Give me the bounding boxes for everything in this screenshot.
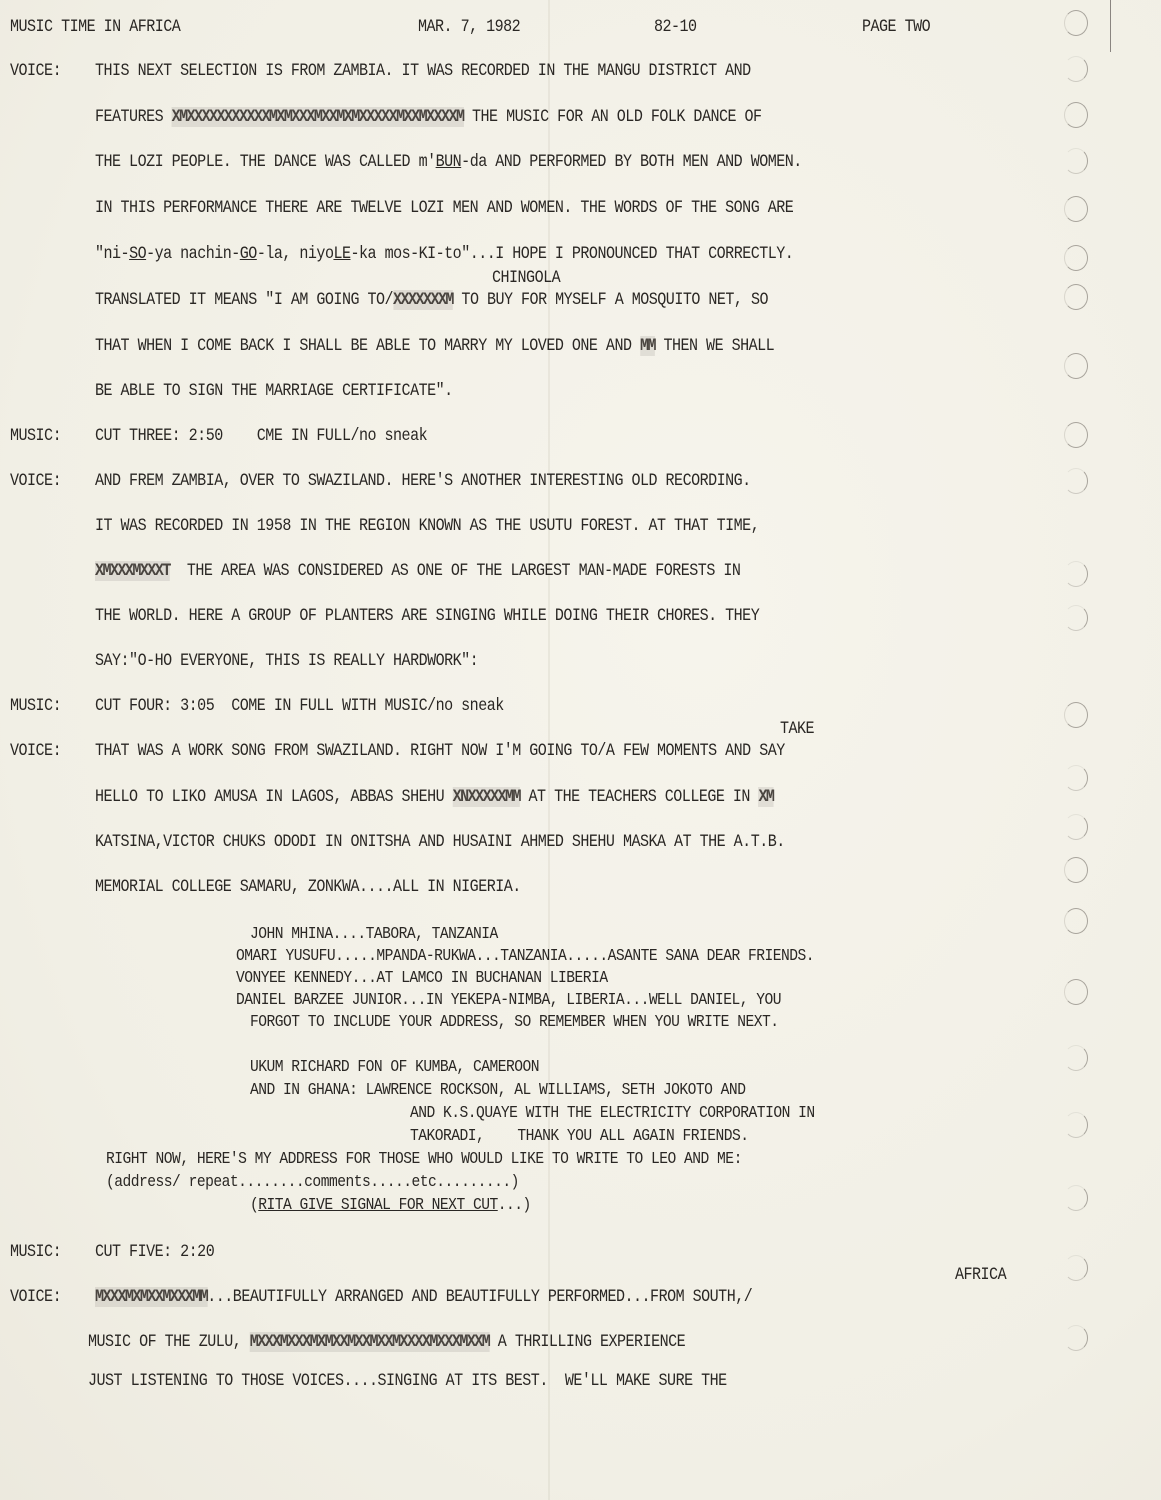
production-note: (RITA GIVE SIGNAL FOR NEXT CUT...) xyxy=(250,1196,531,1216)
punch-hole xyxy=(1064,561,1088,587)
punch-hole xyxy=(1064,284,1088,310)
listener-line: FORGOT TO INCLUDE YOUR ADDRESS, SO REMEM… xyxy=(250,1013,778,1033)
punch-hole xyxy=(1064,245,1088,271)
listener-line: OMARI YUSUFU.....MPANDA-RUKWA...TANZANIA… xyxy=(236,947,814,967)
punch-hole xyxy=(1064,857,1088,883)
punch-hole xyxy=(1064,979,1088,1005)
punch-hole xyxy=(1064,422,1088,448)
listener-line: AND IN GHANA: LAWRENCE ROCKSON, AL WILLI… xyxy=(250,1081,745,1101)
listener-line: JOHN MHINA....TABORA, TANZANIA xyxy=(250,925,498,945)
script-line: BE ABLE TO SIGN THE MARRIAGE CERTIFICATE… xyxy=(95,381,453,401)
music-cue: CUT FOUR: 3:05 COME IN FULL WITH MUSIC/n… xyxy=(95,696,504,716)
voice-label: VOICE: xyxy=(10,471,61,491)
handwritten-insert: AFRICA xyxy=(955,1265,1006,1285)
struck-text: XXXXXXXM xyxy=(393,290,453,310)
voice-label: VOICE: xyxy=(10,61,61,81)
punch-hole xyxy=(1064,10,1088,36)
punch-hole xyxy=(1064,908,1088,934)
script-line: MUSIC OF THE ZULU, MXXXMXXXMXMXXMXXMXXMX… xyxy=(88,1332,685,1352)
punch-hole xyxy=(1064,353,1088,379)
script-line: THE LOZI PEOPLE. THE DANCE WAS CALLED m'… xyxy=(95,152,802,172)
punch-hole xyxy=(1064,468,1088,494)
music-cue: CUT THREE: 2:50 CME IN FULL/no sneak xyxy=(95,426,427,446)
script-line: THIS NEXT SELECTION IS FROM ZAMBIA. IT W… xyxy=(95,61,751,81)
punch-hole xyxy=(1064,1112,1088,1138)
music-label: MUSIC: xyxy=(10,1242,61,1262)
script-line: XMXXXMXXXT THE AREA WAS CONSIDERED AS ON… xyxy=(95,561,740,581)
punch-hole xyxy=(1064,148,1088,174)
script-line: SAY:"O-HO EVERYONE, THIS IS REALLY HARDW… xyxy=(95,651,478,671)
music-label: MUSIC: xyxy=(10,426,61,446)
struck-text: MM xyxy=(640,336,655,356)
script-line: IT WAS RECORDED IN 1958 IN THE REGION KN… xyxy=(95,516,759,536)
struck-text: XNXXXXXMM xyxy=(453,787,520,807)
struck-text: XMXXXXXXXXXXXMXMXXXMXXMXMXXXXXMXXMXXXXM xyxy=(172,107,464,127)
punch-hole xyxy=(1064,702,1088,728)
program-title: MUSIC TIME IN AFRICA xyxy=(10,17,180,37)
script-line: MEMORIAL COLLEGE SAMARU, ZONKWA....ALL I… xyxy=(95,877,521,897)
script-line: "ni-SO-ya nachin-GO-la, niyoLE-ka mos-KI… xyxy=(95,244,793,264)
punch-hole xyxy=(1064,1185,1088,1211)
listener-line: DANIEL BARZEE JUNIOR...IN YEKEPA-NIMBA, … xyxy=(236,991,781,1011)
script-line: THAT WAS A WORK SONG FROM SWAZILAND. RIG… xyxy=(95,741,785,761)
margin-line xyxy=(1110,0,1111,52)
page-label: PAGE TWO xyxy=(862,17,930,37)
script-line: AND FREM ZAMBIA, OVER TO SWAZILAND. HERE… xyxy=(95,471,751,491)
broadcast-date: MAR. 7, 1982 xyxy=(418,17,520,37)
struck-text: MXXXMXMXXMXXXMM xyxy=(95,1287,207,1307)
punch-hole xyxy=(1064,605,1088,631)
handwritten-insert: TAKE xyxy=(780,719,814,739)
listener-line: VONYEE KENNEDY...AT LAMCO IN BUCHANAN LI… xyxy=(236,969,608,989)
script-line: IN THIS PERFORMANCE THERE ARE TWELVE LOZ… xyxy=(95,198,793,218)
punch-hole xyxy=(1064,765,1088,791)
address-line: (address/ repeat........comments.....etc… xyxy=(106,1173,519,1193)
listener-line: AND K.S.QUAYE WITH THE ELECTRICITY CORPO… xyxy=(410,1104,815,1124)
punch-hole xyxy=(1064,1255,1088,1281)
script-line: THE WORLD. HERE A GROUP OF PLANTERS ARE … xyxy=(95,606,759,626)
script-line: MXXXMXMXXMXXXMM...BEAUTIFULLY ARRANGED A… xyxy=(95,1287,752,1307)
script-line: HELLO TO LIKO AMUSA IN LAGOS, ABBAS SHEH… xyxy=(95,787,773,807)
punch-hole xyxy=(1064,102,1088,128)
listener-line: TAKORADI, THANK YOU ALL AGAIN FRIENDS. xyxy=(410,1127,749,1147)
listener-line: UKUM RICHARD FON OF KUMBA, CAMEROON xyxy=(250,1058,539,1078)
script-line: THAT WHEN I COME BACK I SHALL BE ABLE TO… xyxy=(95,336,774,356)
struck-text: XM xyxy=(758,787,773,807)
script-line: KATSINA,VICTOR CHUKS ODODI IN ONITSHA AN… xyxy=(95,832,785,852)
punch-hole xyxy=(1064,814,1088,840)
script-line: FEATURES XMXXXXXXXXXXXMXMXXXMXXMXMXXXXXM… xyxy=(95,107,762,127)
script-line: JUST LISTENING TO THOSE VOICES....SINGIN… xyxy=(88,1371,727,1391)
music-label: MUSIC: xyxy=(10,696,61,716)
struck-text: XMXXXMXXXT xyxy=(95,561,170,581)
voice-label: VOICE: xyxy=(10,741,61,761)
punch-hole xyxy=(1064,1045,1088,1071)
punch-hole xyxy=(1064,1325,1088,1351)
music-cue: CUT FIVE: 2:20 xyxy=(95,1242,214,1262)
punch-hole xyxy=(1064,196,1088,222)
script-line: TRANSLATED IT MEANS "I AM GOING TO/XXXXX… xyxy=(95,290,768,310)
program-number: 82-10 xyxy=(654,17,697,37)
struck-text: MXXXMXXXMXMXXMXXMXXMXXXXMXXXMXXM xyxy=(250,1332,489,1352)
address-line: RIGHT NOW, HERE'S MY ADDRESS FOR THOSE W… xyxy=(106,1150,742,1170)
punch-hole xyxy=(1064,56,1088,82)
voice-label: VOICE: xyxy=(10,1287,61,1307)
handwritten-insert: CHINGOLA xyxy=(492,268,560,288)
